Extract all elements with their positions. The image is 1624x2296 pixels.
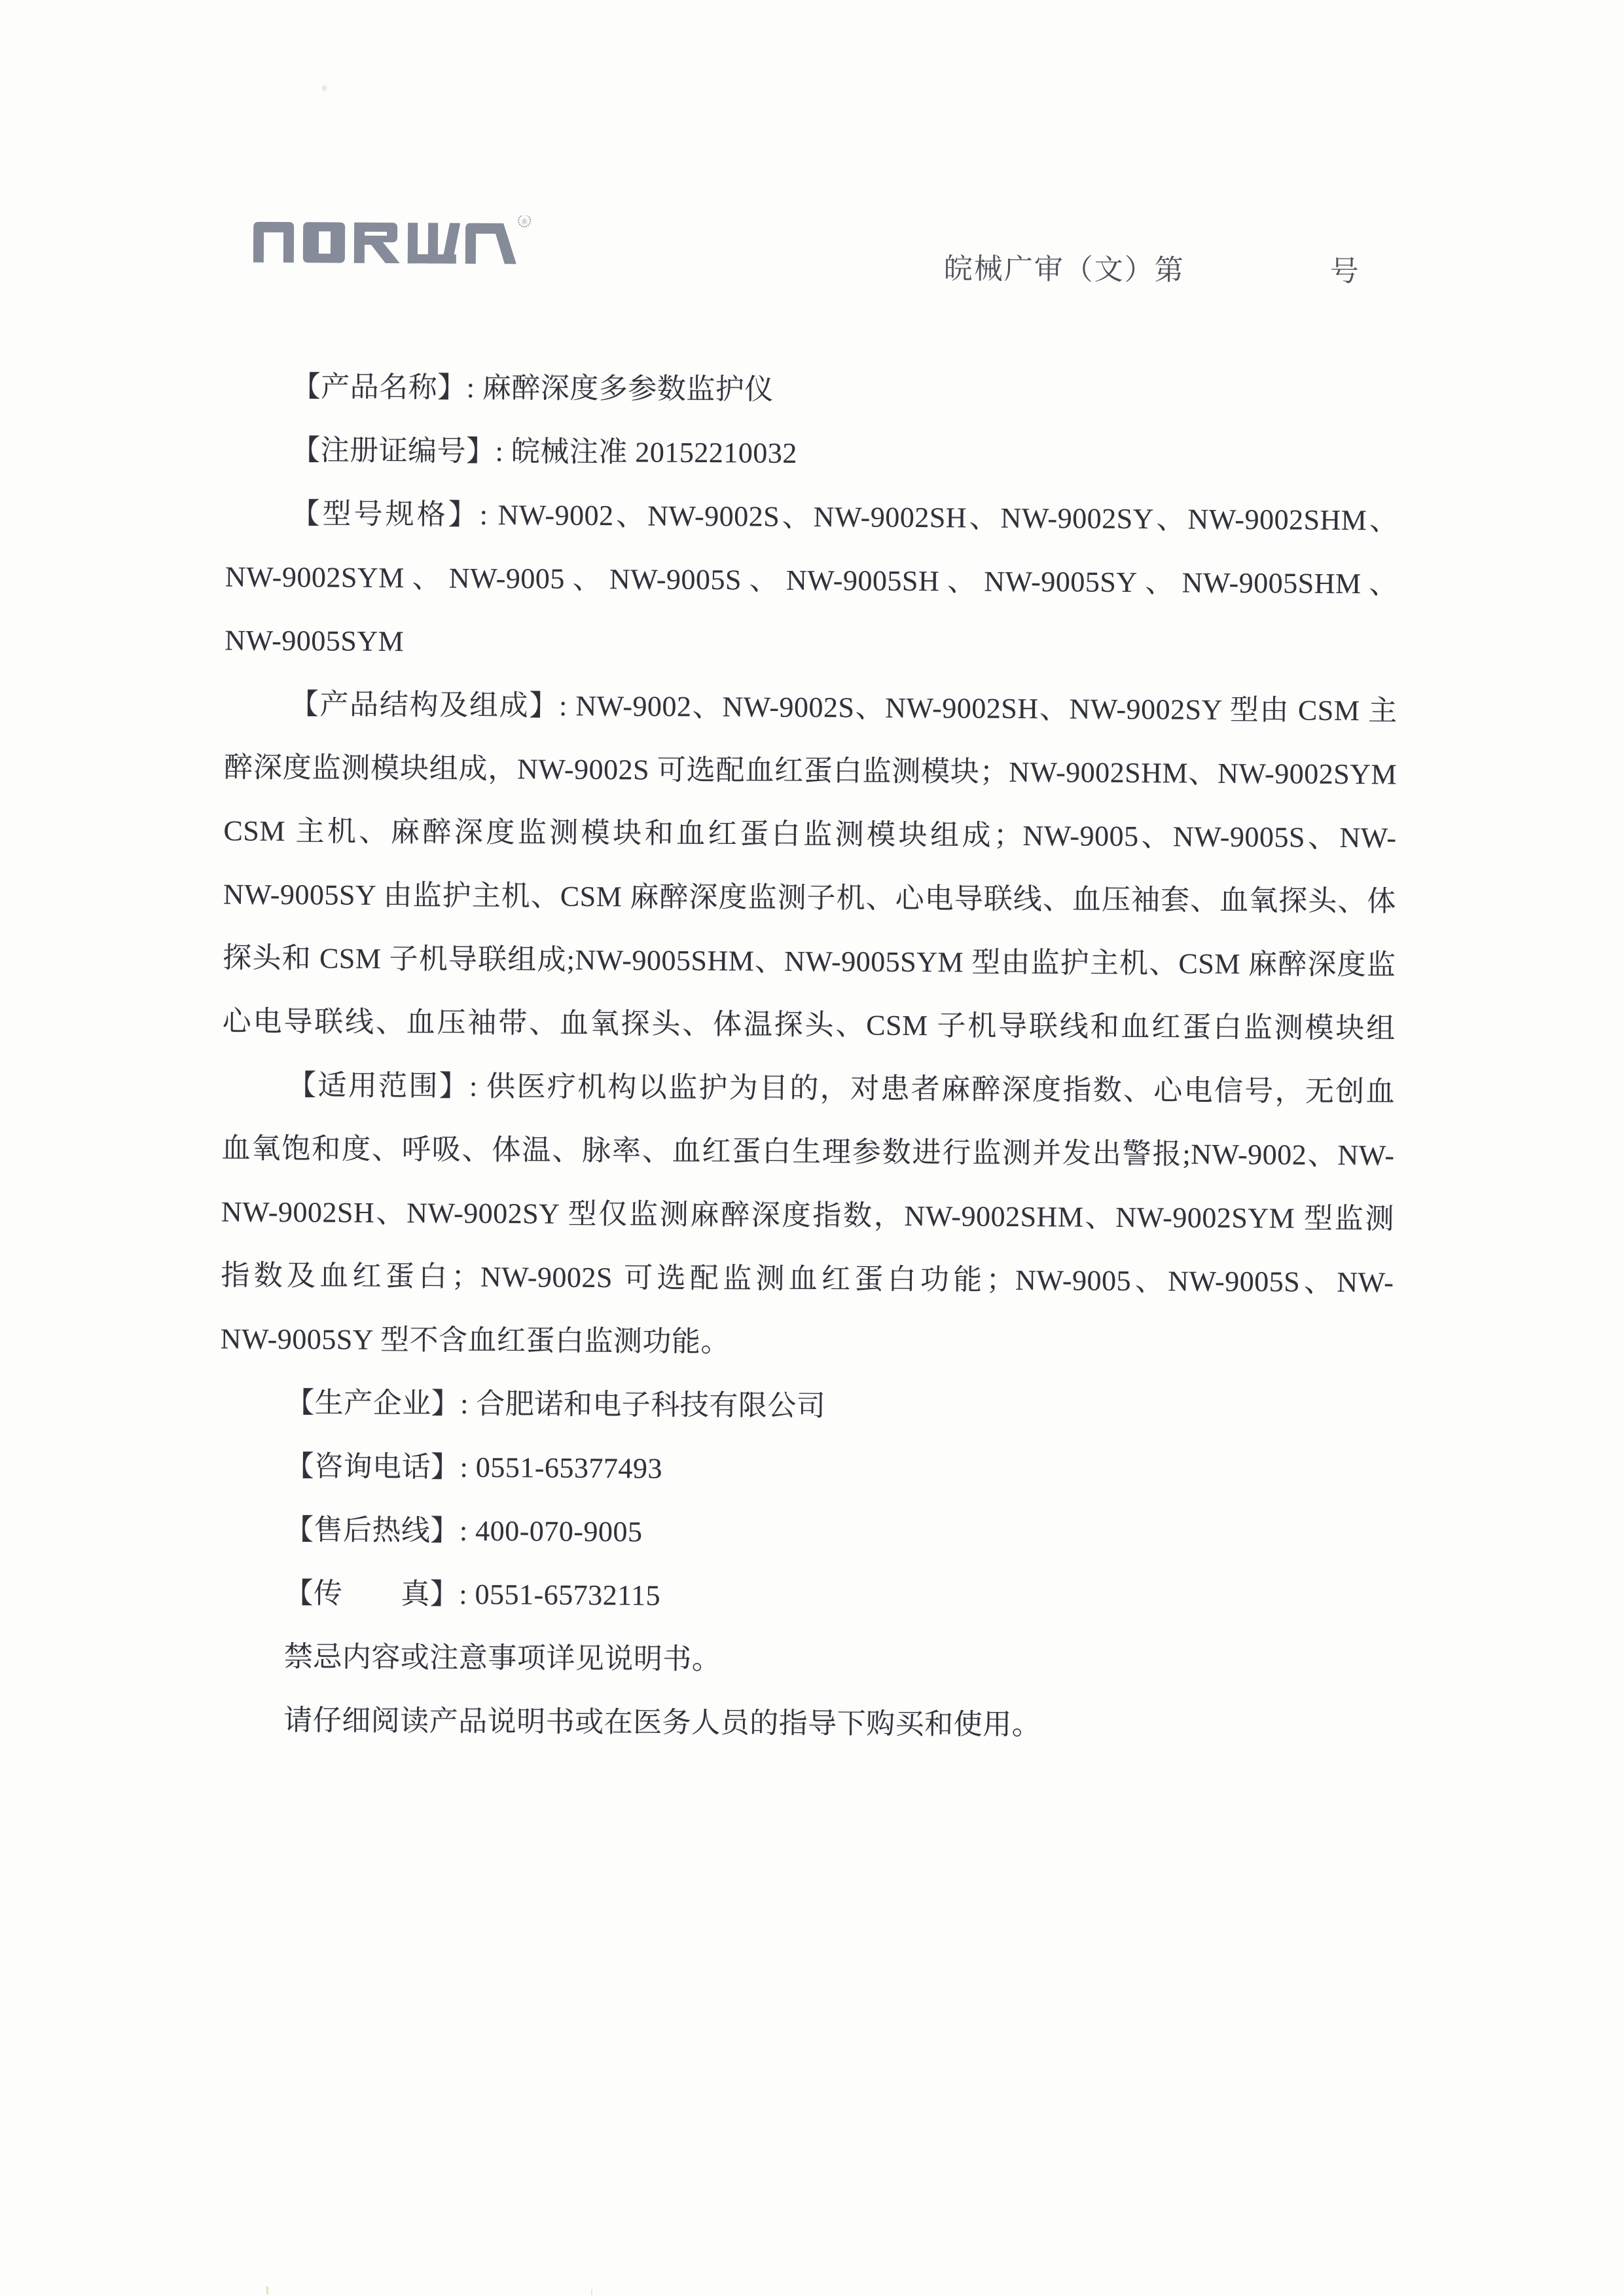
scan-content: ® 皖械广审（文）第号 【产品名称】: 麻醉深度多参数监护仪【注册证编号】: 皖… [0,0,1624,2296]
document-body: 【产品名称】: 麻醉深度多参数监护仪【注册证编号】: 皖械注准 20152210… [218,355,1399,1759]
document-line: 【传 真】: 0551-65732115 [219,1561,1392,1631]
document-line: 【售后热线】: 400-070-9005 [219,1498,1393,1569]
approval-prefix: 皖械广审（文）第 [944,253,1185,286]
document-line: 【型号规格】: NW-9002、NW-9002S、NW-9002SH、NW-90… [225,482,1399,553]
approval-number-blank [1185,280,1330,280]
approval-number-line: 皖械广审（文）第号 [944,249,1360,291]
scan-edge-mark [591,2289,592,2295]
document-line: NW-9005SY 由监护主机、CSM 麻醉深度监测子机、心电导联线、血压袖套、… [223,863,1397,934]
document-line: NW-9005SYM [225,609,1398,680]
document-line: NW-9002SYM、NW-9005、NW-9005S、NW-9005SH、NW… [225,545,1399,616]
scanned-document-page: ® 皖械广审（文）第号 【产品名称】: 麻醉深度多参数监护仪【注册证编号】: 皖… [0,0,1624,2296]
document-line: 【产品结构及组成】: NW-9002、NW-9002S、NW-9002SH、NW… [224,672,1398,743]
document-line: 【注册证编号】: 皖械注准 20152210032 [226,418,1399,489]
document-line: NW-9005SY 型不含血红蛋白监测功能。 [220,1307,1394,1378]
document-line: 心电导联线、血压袖带、血氧探头、体温探头、CSM 子机导联线和血红蛋白监测模块组… [222,990,1396,1061]
document-line: 指数及血红蛋白；NW-9002S 可选配监测血红蛋白功能；NW-9005、NW-… [221,1244,1394,1315]
registered-mark-icon: ® [518,215,530,227]
document-line: CSM 主机、麻醉深度监测模块和血红蛋白监测模块组成；NW-9005、NW-90… [223,799,1397,870]
document-line: 醉深度监测模块组成，NW-9002S 可选配血红蛋白监测模块；NW-9002SH… [224,736,1398,807]
scan-edge-mark [266,2286,268,2295]
document-line: 禁忌内容或注意事项详见说明书。 [219,1624,1392,1695]
norwa-logo-icon: ® [253,214,535,275]
approval-suffix: 号 [1330,255,1360,287]
scan-speckle [322,85,327,91]
norwa-logo: ® [253,214,535,275]
document-line: 探头和 CSM 子机导联组成;NW-9005SHM、NW-9005SYM 型由监… [223,926,1396,997]
svg-text:®: ® [522,217,528,226]
document-line: NW-9002SH、NW-9002SY 型仅监测麻醉深度指数，NW-9002SH… [221,1180,1395,1251]
document-line: 请仔细阅读产品说明书或在医务人员的指导下购买和使用。 [218,1688,1392,1758]
document-line: 【咨询电话】: 0551-65377493 [219,1434,1393,1505]
document-line: 血氧饱和度、呼吸、体温、脉率、血红蛋白生理参数进行监测并发出警报;NW-9002… [221,1117,1395,1188]
document-line: 【适用范围】: 供医疗机构以监护为目的，对患者麻醉深度指数、心电信号，无创血压， [222,1053,1396,1124]
document-line: 【生产企业】: 合肥诺和电子科技有限公司 [220,1371,1394,1442]
document-line: 【产品名称】: 麻醉深度多参数监护仪 [226,355,1399,426]
